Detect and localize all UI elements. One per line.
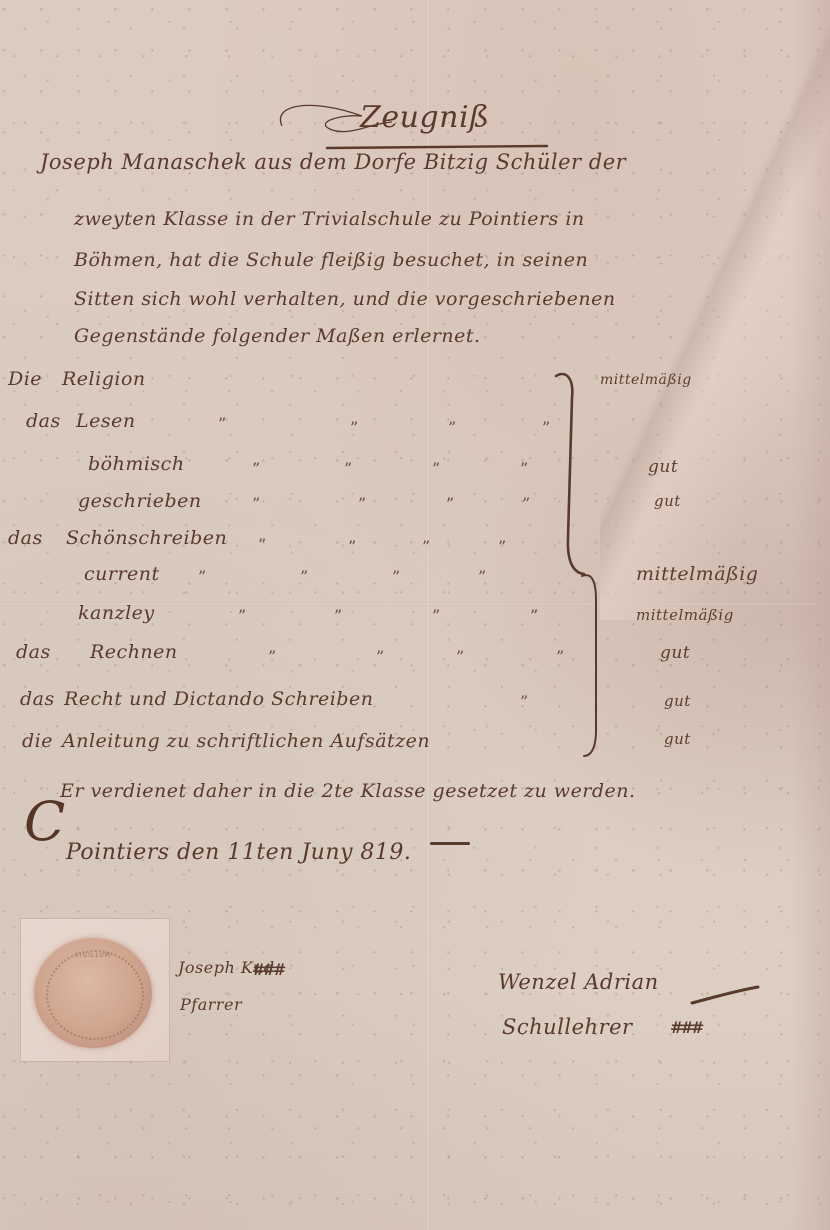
document-title: Zeugniß <box>360 100 490 135</box>
ditto-mark: ” <box>376 647 384 666</box>
date-underline-stroke <box>430 842 470 845</box>
subject-name: kanzley <box>78 602 155 624</box>
subject-grade: gut <box>648 457 678 477</box>
subject-article: das <box>8 527 43 549</box>
place-and-date: Pointiers den 11ten Juny 819. <box>66 840 411 865</box>
subject-article: das <box>20 688 55 710</box>
body-line-1: Joseph Manaschek aus dem Dorfe Bitzig Sc… <box>40 150 626 174</box>
signature-right-title: Schullehrer <box>502 1015 633 1039</box>
subject-row: current ” ” ” ” mittelmäßig <box>0 563 830 591</box>
subject-name: Religion <box>62 368 146 390</box>
subject-article: Die <box>8 368 42 390</box>
signature-left-title: Pfarrer <box>180 995 242 1014</box>
subject-row: Die Religion mittelmäßig <box>0 368 830 396</box>
subject-grade: mittelmäßig <box>636 606 734 624</box>
ditto-mark: ” <box>268 647 276 666</box>
ditto-mark: ” <box>252 459 260 478</box>
subject-name: Recht und Dictando Schreiben <box>64 688 374 710</box>
ditto-mark: ” <box>448 418 456 437</box>
ditto-mark: ” <box>422 537 430 556</box>
subject-name: Rechnen <box>90 641 178 663</box>
ditto-mark: ” <box>556 647 564 666</box>
ditto-mark: ” <box>456 647 464 666</box>
subject-name: Lesen <box>76 410 136 432</box>
certificate-page: Zeugniß Joseph Manaschek aus dem Dorfe B… <box>0 0 830 1230</box>
subject-row: geschrieben ” ” ” ” gut <box>0 490 830 518</box>
ditto-mark: ” <box>530 606 538 625</box>
subject-name: Anleitung zu schriftlichen Aufsätzen <box>62 730 430 752</box>
subject-row: kanzley ” ” ” ” mittelmäßig <box>0 602 830 630</box>
ditto-mark: ” <box>218 414 226 433</box>
brace-lower-icon <box>578 570 608 760</box>
brace-upper-icon <box>548 368 588 578</box>
subject-grade: gut <box>664 692 691 710</box>
ditto-mark: ” <box>198 567 206 586</box>
ditto-mark: ” <box>358 494 366 513</box>
signature-left-flourish-mark: ### <box>252 960 283 979</box>
seal-legend: SIGILLUM <box>50 952 136 959</box>
subject-grade: gut <box>660 643 690 663</box>
subject-name: böhmisch <box>88 453 185 475</box>
body-line-5: Gegenstände folgender Maßen erlernet. <box>74 325 481 347</box>
subject-article: das <box>16 641 51 663</box>
subject-row: böhmisch ” ” ” ” gut <box>0 453 830 481</box>
ditto-mark: ” <box>334 606 342 625</box>
ditto-mark: ” <box>348 537 356 556</box>
subject-name: geschrieben <box>78 490 202 512</box>
subject-name: Schönschreiben <box>66 527 227 549</box>
subject-grade: mittelmäßig <box>636 563 758 585</box>
ditto-mark: ” <box>252 494 260 513</box>
body-line-2: zweyten Klasse in der Trivialschule zu P… <box>74 208 585 230</box>
signature-right-flourish-mark: ### <box>670 1018 701 1037</box>
body-line-4: Sitten sich wohl verhalten, und die vorg… <box>74 288 616 310</box>
subject-grade: mittelmäßig <box>600 372 692 388</box>
subject-row: das Schönschreiben ” ” ” ” <box>0 527 830 555</box>
ditto-mark: ” <box>522 494 530 513</box>
ditto-mark: ” <box>520 459 528 478</box>
signature-right-name: Wenzel Adrian <box>498 970 659 994</box>
ditto-mark: ” <box>432 459 440 478</box>
ditto-mark: ” <box>238 606 246 625</box>
subject-grade: gut <box>654 492 681 510</box>
subject-grade: gut <box>664 730 691 748</box>
subject-row: das Recht und Dictando Schreiben ” gut <box>0 688 830 716</box>
subject-article: das <box>26 410 61 432</box>
subject-row: das Rechnen ” ” ” ” gut <box>0 641 830 669</box>
subject-name: current <box>84 563 160 585</box>
subject-row: die Anleitung zu schriftlichen Aufsätzen… <box>0 730 830 758</box>
ditto-mark: ” <box>520 692 528 711</box>
ditto-mark: ” <box>300 567 308 586</box>
closing-statement: Er verdienet daher in die 2te Klasse ges… <box>60 780 636 802</box>
seal-beaded-border <box>46 950 144 1040</box>
subject-article: die <box>22 730 53 752</box>
signature-flourish-icon <box>690 985 760 1005</box>
ditto-mark: ” <box>350 418 358 437</box>
subject-row: das Lesen ” ” ” ” <box>0 410 830 438</box>
body-line-3: Böhmen, hat die Schule fleißig besuchet,… <box>74 249 588 271</box>
ditto-mark: ” <box>498 537 506 556</box>
ditto-mark: ” <box>344 459 352 478</box>
ditto-mark: ” <box>392 567 400 586</box>
ditto-mark: ” <box>258 535 266 554</box>
ditto-mark: ” <box>432 606 440 625</box>
ditto-mark: ” <box>446 494 454 513</box>
ditto-mark: ” <box>478 567 486 586</box>
